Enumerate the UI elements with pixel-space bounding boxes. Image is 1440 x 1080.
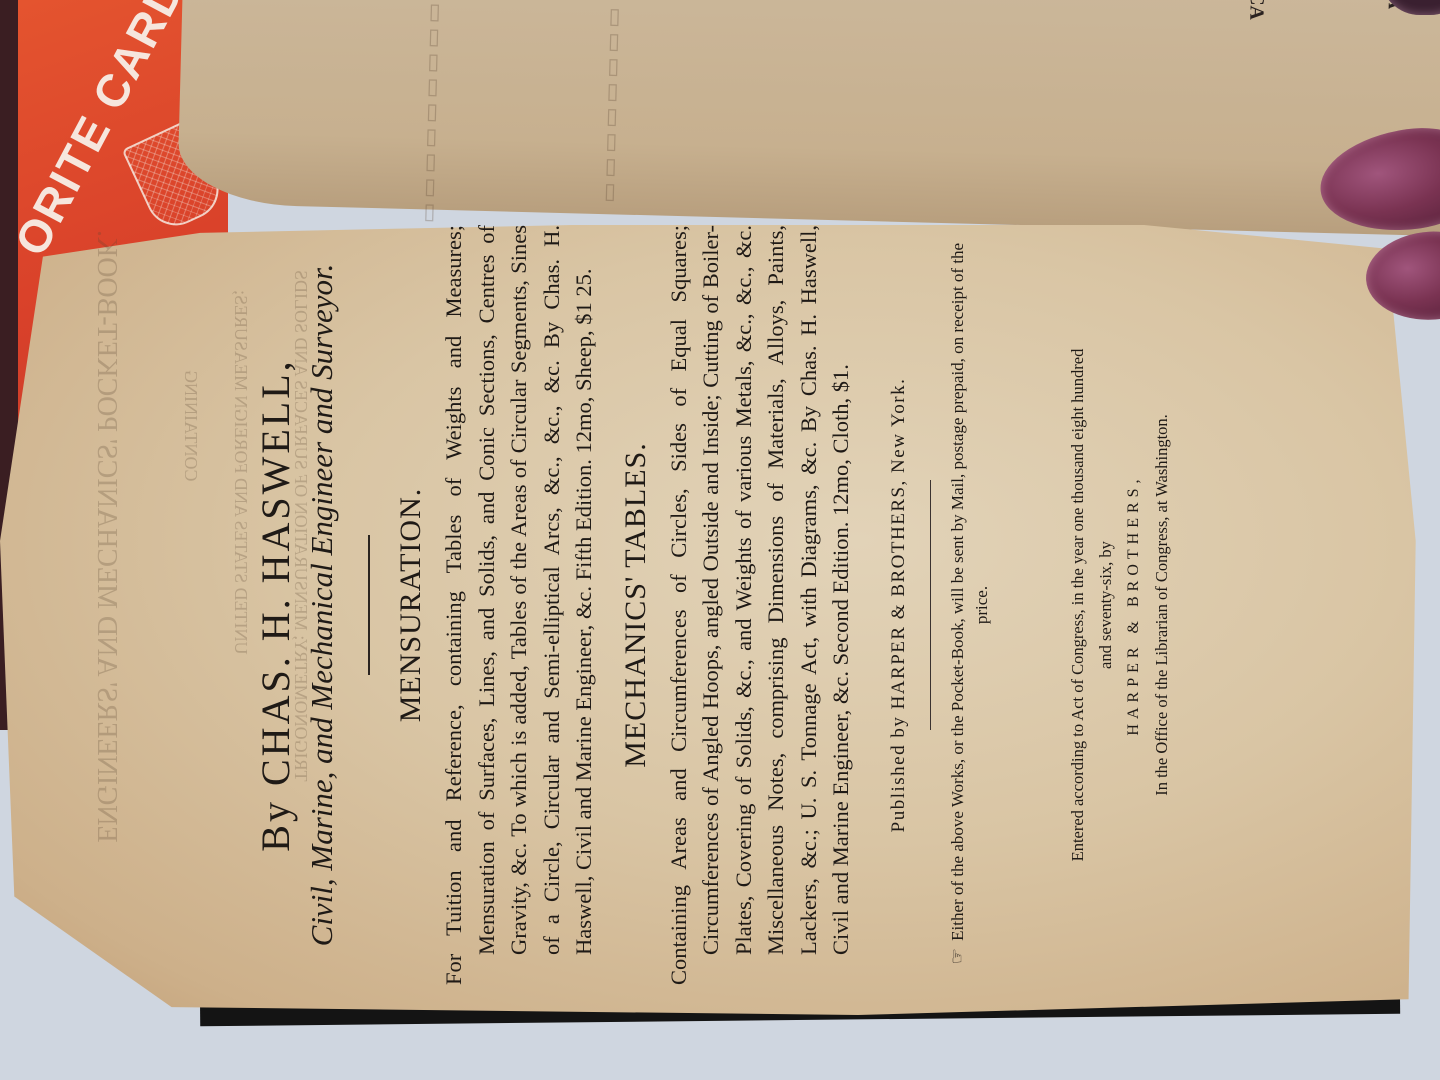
publisher-line: Published by HARPER & BROTHERS, New York… [888, 225, 910, 985]
author-by: By [253, 799, 298, 852]
mail-note-text: Either of the above Works, or the Pocket… [948, 243, 991, 941]
divider [930, 480, 931, 730]
copyright-line: and seventy-six, by [1092, 225, 1120, 985]
work-title: MECHANICS' TABLES. [619, 225, 653, 985]
upper-page: ▯▯▯▯▯▯▯▯▯▯ ▯▯▯▯▯▯▯▯ CA A [177, 0, 1440, 237]
upper-page-ghost-text: ▯▯▯▯▯▯▯▯▯▯ [416, 0, 449, 250]
ghost-line: ENGINEERS' AND MECHANICS' POCKET-BOOK. [90, 230, 122, 843]
page-text-block: By CHAS. H. HASWELL, Civil, Marine, and … [250, 225, 1176, 985]
work-description: Containing Areas and Circumferences of C… [663, 225, 858, 985]
copyright-notice: Entered according to Act of Congress, in… [1064, 225, 1176, 985]
copyright-line: Entered according to Act of Congress, in… [1064, 225, 1092, 985]
copyright-publisher: HARPER & BROTHERS, [1120, 225, 1148, 985]
work-description: For Tuition and Reference, containing Ta… [438, 225, 601, 985]
author-line: By CHAS. H. HASWELL, [250, 225, 302, 985]
divider [368, 535, 370, 675]
pointing-hand-icon: ☞ [945, 945, 969, 967]
author-title: Civil, Marine, and Mechanical Engineer a… [302, 225, 342, 985]
mail-note: ☞ Either of the above Works, or the Pock… [945, 225, 994, 985]
work-title: MENSURATION. [394, 225, 428, 985]
author-name: CHAS. H. HASWELL, [253, 358, 298, 786]
ghost-line: CONTAINING [180, 370, 201, 482]
upper-page-label: CA [1244, 0, 1268, 20]
copyright-line: In the Office of the Librarian of Congre… [1148, 225, 1176, 985]
upper-page-ghost-text: ▯▯▯▯▯▯▯▯ [597, 4, 628, 205]
ghost-line: UNITED STATES AND FOREIGN MEASURES; [230, 290, 251, 655]
